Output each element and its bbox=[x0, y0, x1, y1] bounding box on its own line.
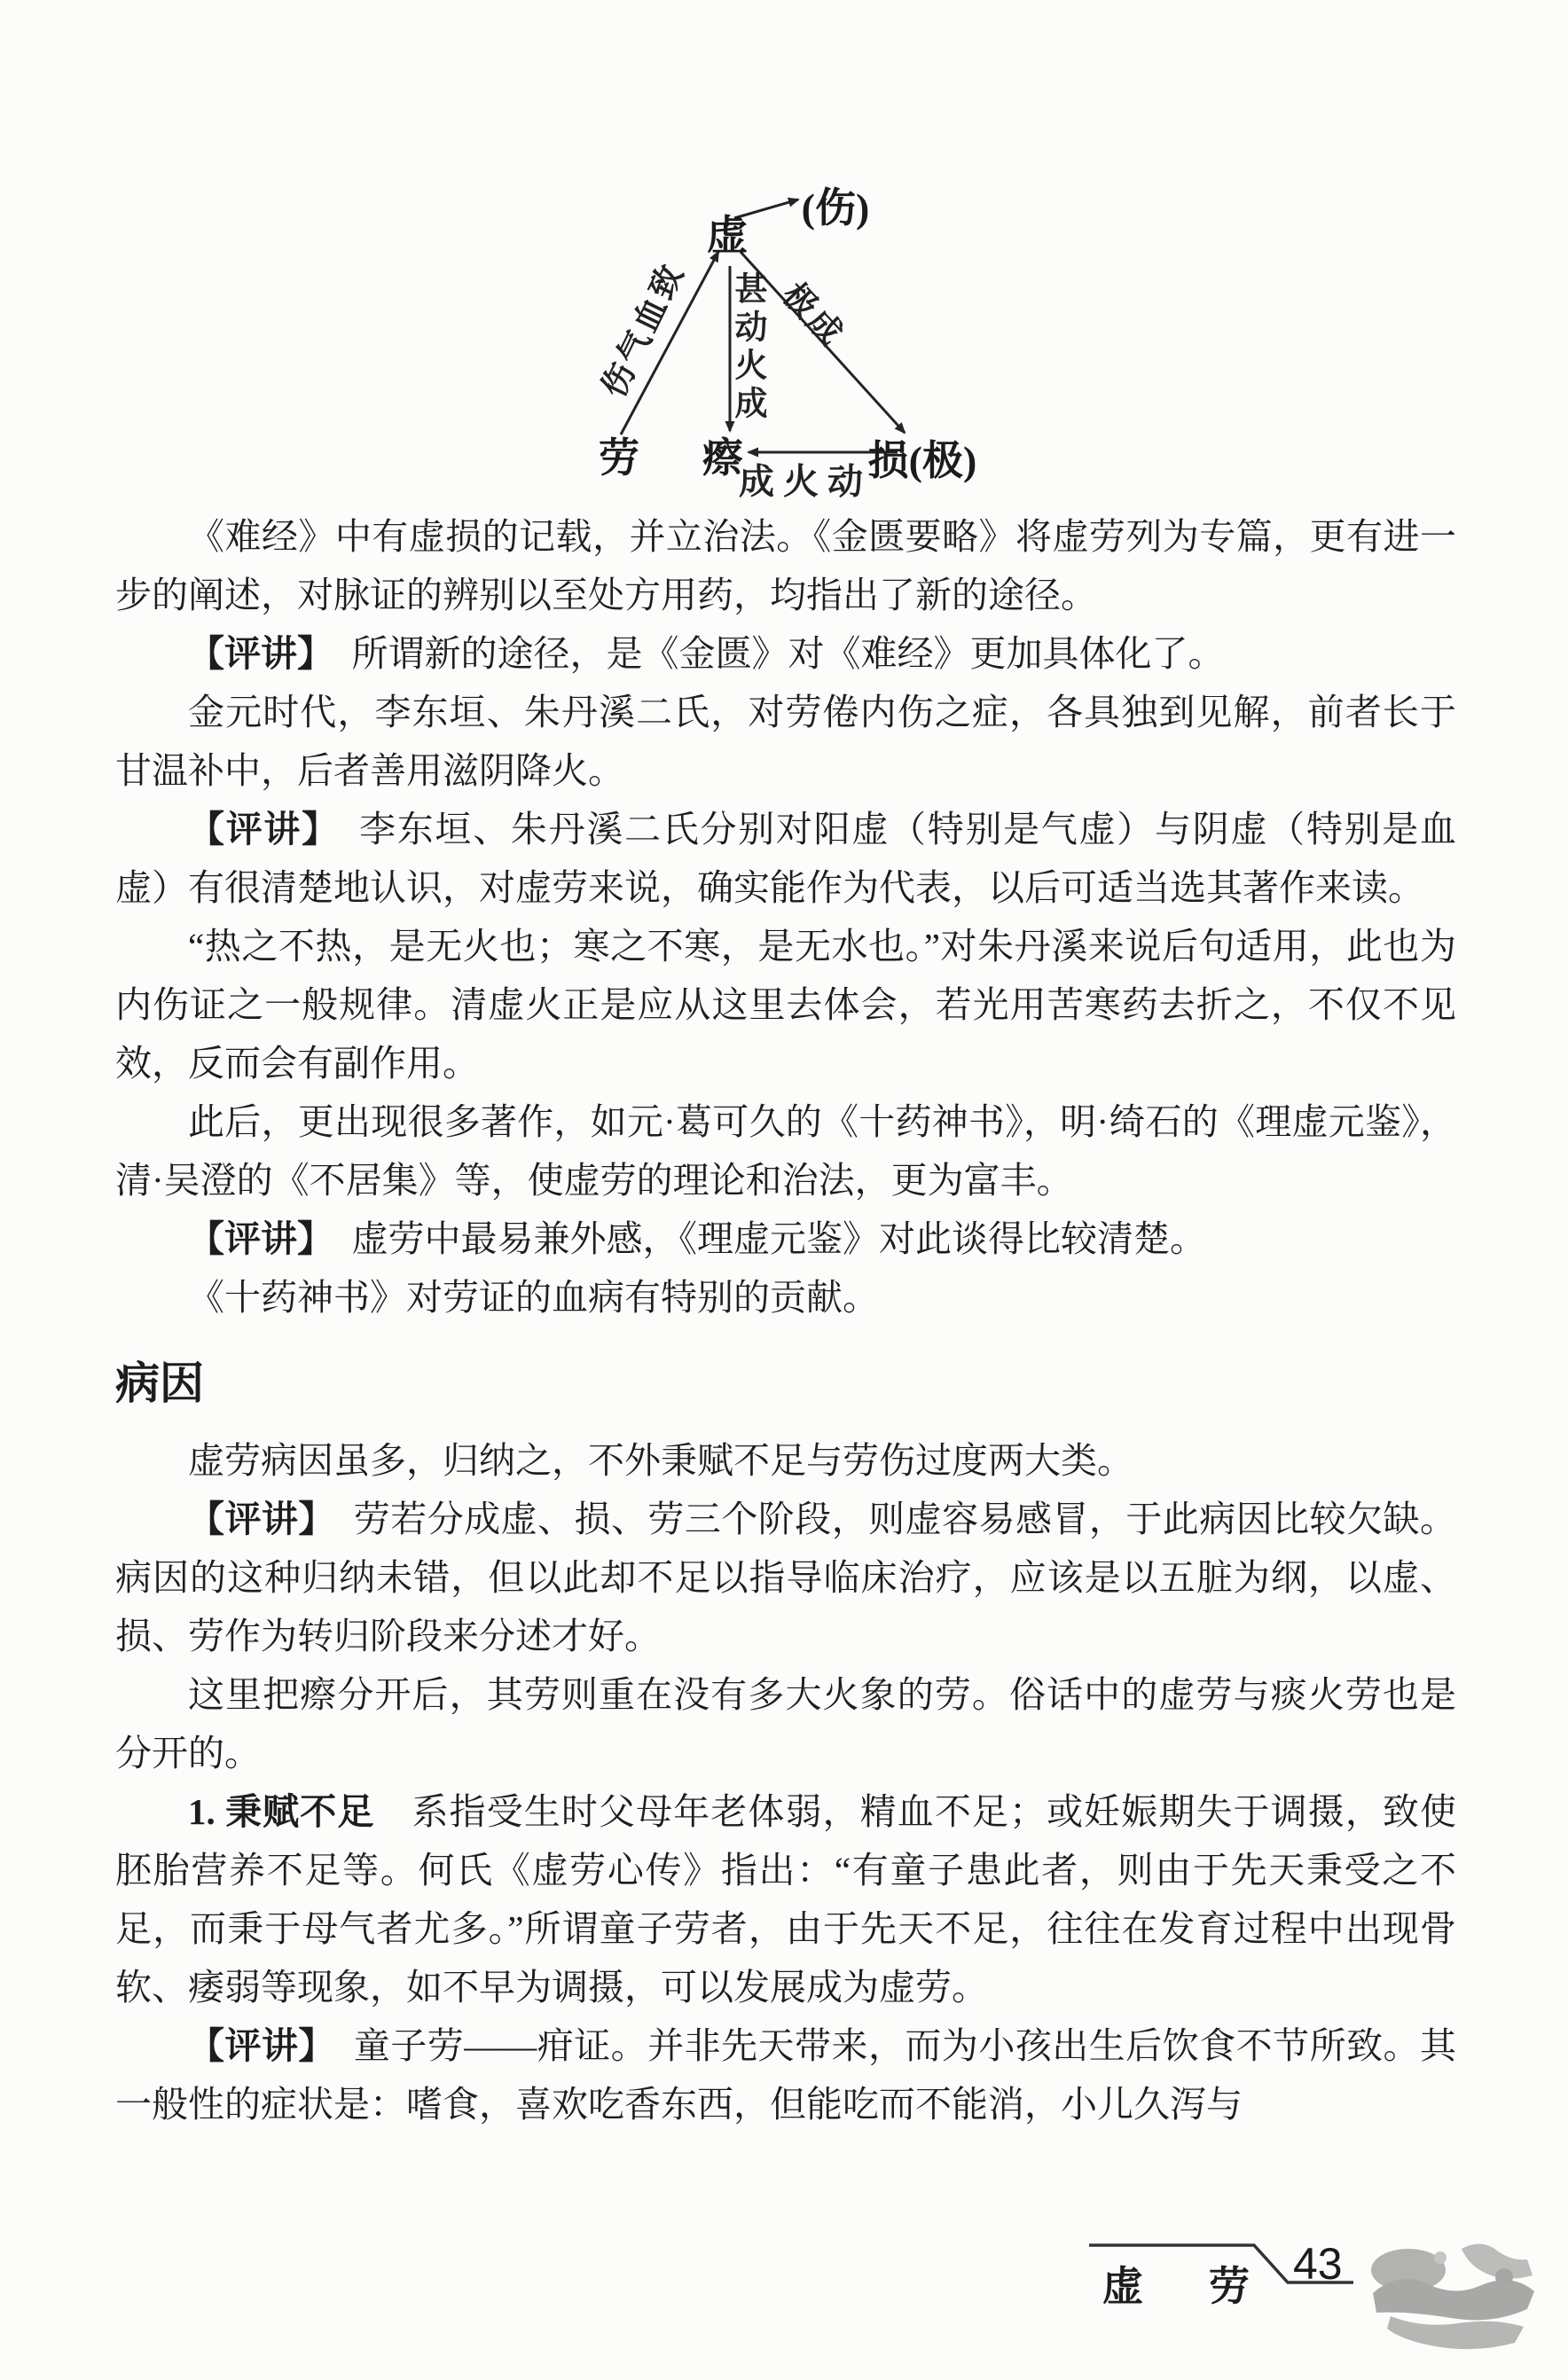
paragraph-label: 【评讲】 bbox=[188, 809, 359, 849]
section-heading: 病因 bbox=[115, 1357, 1456, 1410]
paragraph: 虚劳病因虽多，归纳之，不外秉赋不足与劳伤过度两大类。 bbox=[115, 1431, 1456, 1490]
paragraph: 这里把瘵分开后，其劳则重在没有多大火象的劳。俗话中的虚劳与痰火劳也是分开的。 bbox=[115, 1665, 1456, 1782]
diagram-node-xu: 虚 bbox=[707, 203, 748, 262]
paragraph-label: 【评讲】 bbox=[188, 1499, 354, 1539]
paragraph-text: 金元时代，李东垣、朱丹溪二氏，对劳倦内伤之症，各具独到见解，前者长于甘温补中，后… bbox=[115, 692, 1456, 791]
paragraph: 《难经》中有虚损的记载，并立治法。《金匮要略》将虚劳列为专篇，更有进一步的阐述，… bbox=[115, 507, 1456, 624]
concept-diagram: 虚 (伤) 劳 瘵 损(极) 伤气血致 甚动火成 极成 成火动 bbox=[550, 160, 1047, 532]
diagram-node-zhai: 瘵 bbox=[702, 426, 743, 484]
paragraph-text: 这里把瘵分开后，其劳则重在没有多大火象的劳。俗话中的虚劳与痰火劳也是分开的。 bbox=[115, 1674, 1456, 1773]
paragraph-label: 【评讲】 bbox=[188, 2025, 354, 2066]
footer-page-number: 43 bbox=[1293, 2238, 1343, 2290]
paragraph-label: 【评讲】 bbox=[188, 633, 352, 674]
paragraph: 此后，更出现很多著作，如元·葛可久的《十药神书》，明·绮石的《理虚元鉴》，清·吴… bbox=[115, 1092, 1456, 1210]
paragraph-text: 虚劳病因虽多，归纳之，不外秉赋不足与劳伤过度两大类。 bbox=[188, 1440, 1133, 1481]
paragraph-text: 此后，更出现很多著作，如元·葛可久的《十药神书》，明·绮石的《理虚元鉴》，清·吴… bbox=[115, 1101, 1456, 1201]
diagram-node-lao: 劳 bbox=[599, 426, 639, 484]
paragraph: 【评讲】 所谓新的途径，是《金匮》对《难经》更加具体化了。 bbox=[115, 624, 1456, 683]
paragraph: 1. 秉赋不足 系指受生时父母年老体弱，精血不足；或妊娠期失于调摄，致使胚胎营养… bbox=[115, 1782, 1456, 2016]
body-text: 《难经》中有虚损的记载，并立治法。《金匮要略》将虚劳列为专篇，更有进一步的阐述，… bbox=[115, 507, 1456, 2133]
paragraph-text: “热之不热，是无火也；寒之不寒，是无水也。”对朱丹溪来说后句适用，此也为内伤证之… bbox=[115, 926, 1456, 1084]
diagram-node-sun: 损(极) bbox=[868, 428, 977, 487]
edge-label-cheng-huo-dong: 成火动 bbox=[739, 454, 872, 505]
edge-label-shen-dong-huo-cheng: 甚动火成 bbox=[723, 271, 771, 424]
paragraph: “热之不热，是无火也；寒之不寒，是无水也。”对朱丹溪来说后句适用，此也为内伤证之… bbox=[115, 917, 1456, 1092]
paragraph-text: 《十药神书》对劳证的血病有特别的贡献。 bbox=[188, 1277, 879, 1318]
book-page: 虚 (伤) 劳 瘵 损(极) 伤气血致 甚动火成 极成 成火动 《难经》中有虚损… bbox=[0, 0, 1568, 2380]
footer-chapter-title: 虚 劳 bbox=[1102, 2254, 1262, 2313]
paragraph: 【评讲】 童子劳——疳证。并非先天带来，而为小孩出生后饮食不节所致。其一般性的症… bbox=[115, 2016, 1456, 2133]
decorative-stamp-image bbox=[1355, 2231, 1545, 2352]
paragraph-label: 【评讲】 bbox=[188, 1218, 352, 1259]
paragraph-label: 1. 秉赋不足 bbox=[188, 1791, 412, 1832]
paragraph: 金元时代，李东垣、朱丹溪二氏，对劳倦内伤之症，各具独到见解，前者长于甘温补中，后… bbox=[115, 683, 1456, 800]
paragraph: 《十药神书》对劳证的血病有特别的贡献。 bbox=[115, 1268, 1456, 1327]
paragraph: 【评讲】 劳若分成虚、损、劳三个阶段，则虚容易感冒，于此病因比较欠缺。病因的这种… bbox=[115, 1490, 1456, 1665]
paragraph: 【评讲】 虚劳中最易兼外感，《理虚元鉴》对此谈得比较清楚。 bbox=[115, 1210, 1456, 1268]
paragraph-text: 所谓新的途径，是《金匮》对《难经》更加具体化了。 bbox=[352, 633, 1225, 674]
paragraph-text: 《难经》中有虚损的记载，并立治法。《金匮要略》将虚劳列为专篇，更有进一步的阐述，… bbox=[115, 516, 1456, 615]
paragraph-text: 虚劳中最易兼外感，《理虚元鉴》对此谈得比较清楚。 bbox=[352, 1218, 1207, 1259]
diagram-node-shang: (伤) bbox=[802, 176, 870, 234]
paragraph: 【评讲】 李东垣、朱丹溪二氏分别对阳虚（特别是气虚）与阴虚（特别是血虚）有很清楚… bbox=[115, 800, 1456, 917]
